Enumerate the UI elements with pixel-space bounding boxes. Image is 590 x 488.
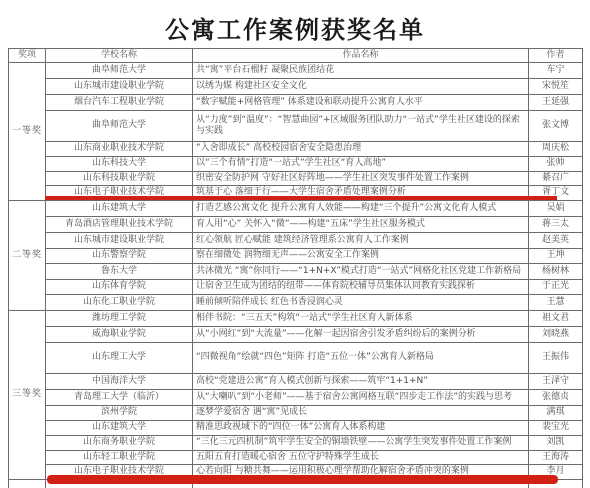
award-table: 奖项 学校名称 作品名称 作者 一等奖曲阜师范大学共“寓”平台石榴籽 凝聚民族团… <box>8 48 583 488</box>
author-cell: 满琪 <box>529 406 583 421</box>
work-title-cell: 高校“党建进公寓”育人模式创新与探索——筑牢“1+1+N” <box>193 374 529 390</box>
school-cell: 山东城市建设职业学院 <box>46 233 193 249</box>
author-cell: 王坤 <box>529 249 583 264</box>
table-row: 烟台汽车工程职业学院“数字赋能+网格管理” 体系建设和联动提升公寓育人水平王延强 <box>9 95 583 111</box>
award-group-cell: 二等奖 <box>9 201 46 311</box>
table-row: 青岛理工大学（临沂）从“大喇叭”到“小老师”——基于宿舍公寓网格互联“四步走工作… <box>9 390 583 406</box>
work-title-cell: 逐梦学爱宿舍 遇“寓”见成长 <box>193 406 529 421</box>
school-cell: 山东建筑大学 <box>46 201 193 217</box>
author-cell: 张文博 <box>529 111 583 142</box>
school-cell: 滨州学院 <box>46 406 193 421</box>
author-cell: 赵美英 <box>529 233 583 249</box>
table-row: 鲁东大学共沐微光 “寓”你同行——“1+N+X”模式打造“一站式”网格化社区党建… <box>9 264 583 280</box>
school-cell: 曲阜师范大学 <box>46 111 193 142</box>
work-title-cell: 相伴书院：“三五天”构筑“一站式”学生社区育人新体系 <box>193 311 529 327</box>
work-title-cell: 从“大喇叭”到“小老师”——基于宿舍公寓网格互联“四步走工作法”的实践与思考 <box>193 390 529 406</box>
school-cell: 山东建筑大学 <box>46 421 193 436</box>
award-group-cell: 一等奖 <box>9 63 46 201</box>
author-cell: 杨树林 <box>529 264 583 280</box>
work-title-cell: 从“小网红”到“大流量”——化解一起因宿舍引发矛盾纠纷后的案例分析 <box>193 327 529 343</box>
table-row: 山东警察学院察在细微处 润物细无声——公寓安全工作案例王坤 <box>9 249 583 264</box>
author-cell: 于正光 <box>529 280 583 295</box>
table-row: 山东理工大学“四微视角”绘就“四色”矩阵 打造“五位一体”公寓育人新格局王振伟 <box>9 343 583 374</box>
school-cell: 山东警察学院 <box>46 249 193 264</box>
work-title-cell: 让宿舍卫生成为团结的纽带——体育院校辅导员集体认同教育实践探析 <box>193 280 529 295</box>
school-cell: 青岛酒店管理职业技术学院 <box>46 217 193 233</box>
work-title-cell: 共沐微光 “寓”你同行——“1+N+X”模式打造“一站式”网格化社区党建工作新格… <box>193 264 529 280</box>
author-cell: 刘凯 <box>529 436 583 451</box>
table-row: 滨州学院逐梦学爱宿舍 遇“寓”见成长满琪 <box>9 406 583 421</box>
page-title: 公寓工作案例获奖名单 <box>0 0 590 45</box>
school-cell: 山东科技职业学院 <box>46 172 193 186</box>
table-row: 二等奖山东建筑大学打造艺感公寓文化 提升公寓育人效能——构建“三个提升”公寓文化… <box>9 201 583 217</box>
red-underline-bottom-marker <box>47 475 558 484</box>
document-page: 公寓工作案例获奖名单 奖项 学校名称 作品名称 作者 一等奖曲阜师范大学共“寓”… <box>0 0 590 488</box>
author-cell: 王海涛 <box>529 451 583 465</box>
work-title-cell: “入舍即成长” 高校校园宿舍安全隐患治理 <box>193 142 529 157</box>
work-title-cell: 育人用“心” 关怀入“微”——构建“五床”学生社区服务模式 <box>193 217 529 233</box>
table-row: 山东商业职业技术学院“入舍即成长” 高校校园宿舍安全隐患治理周庆松 <box>9 142 583 157</box>
school-cell: 山东化工职业学院 <box>46 295 193 311</box>
table-row: 山东城市建设职业学院红心领航 匠心赋能 建筑经济管理系公寓育人工作案例赵美英 <box>9 233 583 249</box>
work-title-cell: 精准思政视域下的“四位一体”公寓育人体系构建 <box>193 421 529 436</box>
table-row: 曲阜师范大学从“力度”到“温度”：“智慧曲园”+区域服务团队助力“一站式”学生社… <box>9 111 583 142</box>
school-cell: 山东商业职业技术学院 <box>46 142 193 157</box>
work-title-cell: 从“力度”到“温度”：“智慧曲园”+区域服务团队助力“一站式”学生社区建设的探索… <box>193 111 529 142</box>
school-cell: 山东科技大学 <box>46 157 193 172</box>
work-title-cell: “数字赋能+网格管理” 体系建设和联动提升公寓育人水平 <box>193 95 529 111</box>
empty-cell <box>9 480 46 488</box>
work-title-cell: 打造艺感公寓文化 提升公寓育人效能——构建“三个提升”公寓文化育人模式 <box>193 201 529 217</box>
table-row: 山东轻工职业学院五阳五育打造暖心宿舍 五位守护特殊学生成长王海涛 <box>9 451 583 465</box>
award-group-cell: 三等奖 <box>9 311 46 480</box>
work-title-cell: 共“寓”平台石榴籽 凝聚民族团结花 <box>193 63 529 79</box>
author-cell: 车宁 <box>529 63 583 79</box>
school-cell: 山东商务职业学院 <box>46 436 193 451</box>
table-row: 威海职业学院从“小网红”到“大流量”——化解一起因宿舍引发矛盾纠纷后的案例分析刘… <box>9 327 583 343</box>
school-cell: 青岛理工大学（临沂） <box>46 390 193 406</box>
author-cell: 张德贞 <box>529 390 583 406</box>
author-cell: 吴娟 <box>529 201 583 217</box>
table-row: 山东化工职业学院睡前倾听陪伴成长 红色书香浸润心灵王慧 <box>9 295 583 311</box>
school-cell: 山东体育学院 <box>46 280 193 295</box>
header-work: 作品名称 <box>193 49 529 63</box>
work-title-cell: 察在细微处 润物细无声——公寓安全工作案例 <box>193 249 529 264</box>
table-row: 山东科技大学以“三个有情”打造“一站式”学生社区“育人高地”张帅 <box>9 157 583 172</box>
header-award: 奖项 <box>9 49 46 63</box>
school-cell: 曲阜师范大学 <box>46 63 193 79</box>
work-title-cell: “三化三元四机制”筑牢学生安全的铜墙铁壁——公寓学生突发事件处置工作案例 <box>193 436 529 451</box>
work-title-cell: 以绣为媒 构建社区安全文化 <box>193 79 529 95</box>
school-cell: 威海职业学院 <box>46 327 193 343</box>
school-cell: 烟台汽车工程职业学院 <box>46 95 193 111</box>
author-cell: 綦召广 <box>529 172 583 186</box>
table-row: 一等奖曲阜师范大学共“寓”平台石榴籽 凝聚民族团结花车宁 <box>9 63 583 79</box>
table-row: 山东商务职业学院“三化三元四机制”筑牢学生安全的铜墙铁壁——公寓学生突发事件处置… <box>9 436 583 451</box>
school-cell: 鲁东大学 <box>46 264 193 280</box>
author-cell: 王振伟 <box>529 343 583 374</box>
work-title-cell: 以“三个有情”打造“一站式”学生社区“育人高地” <box>193 157 529 172</box>
table-row: 山东科技职业学院织密安全防护网 守好社区好阵地——学生社区突发事件处置工作案例綦… <box>9 172 583 186</box>
work-title-cell: 五阳五育打造暖心宿舍 五位守护特殊学生成长 <box>193 451 529 465</box>
school-cell: 山东城市建设职业学院 <box>46 79 193 95</box>
header-row: 奖项 学校名称 作品名称 作者 <box>9 49 583 63</box>
header-author: 作者 <box>529 49 583 63</box>
author-cell: 周庆松 <box>529 142 583 157</box>
table-row: 青岛酒店管理职业技术学院育人用“心” 关怀入“微”——构建“五床”学生社区服务模… <box>9 217 583 233</box>
header-school: 学校名称 <box>46 49 193 63</box>
table-row: 中国海洋大学高校“党建进公寓”育人模式创新与探索——筑牢“1+1+N”王泽守 <box>9 374 583 390</box>
table-row: 山东城市建设职业学院以绣为媒 构建社区安全文化宋悦笙 <box>9 79 583 95</box>
table-row: 山东建筑大学精准思政视域下的“四位一体”公寓育人体系构建裴宝光 <box>9 421 583 436</box>
work-title-cell: 织密安全防护网 守好社区好阵地——学生社区突发事件处置工作案例 <box>193 172 529 186</box>
author-cell: 王慧 <box>529 295 583 311</box>
school-cell: 潍坊理工学院 <box>46 311 193 327</box>
author-cell: 宋悦笙 <box>529 79 583 95</box>
table-row: 三等奖潍坊理工学院相伴书院：“三五天”构筑“一站式”学生社区育人新体系祖文君 <box>9 311 583 327</box>
red-underline-first-prize-marker <box>45 196 557 200</box>
table-row: 山东体育学院让宿舍卫生成为团结的纽带——体育院校辅导员集体认同教育实践探析于正光 <box>9 280 583 295</box>
author-cell: 王延强 <box>529 95 583 111</box>
school-cell: 山东轻工职业学院 <box>46 451 193 465</box>
author-cell: 祖文君 <box>529 311 583 327</box>
author-cell: 张帅 <box>529 157 583 172</box>
school-cell: 中国海洋大学 <box>46 374 193 390</box>
author-cell: 王泽守 <box>529 374 583 390</box>
school-cell: 山东理工大学 <box>46 343 193 374</box>
work-title-cell: 睡前倾听陪伴成长 红色书香浸润心灵 <box>193 295 529 311</box>
work-title-cell: “四微视角”绘就“四色”矩阵 打造“五位一体”公寓育人新格局 <box>193 343 529 374</box>
author-cell: 裴宝光 <box>529 421 583 436</box>
work-title-cell: 红心领航 匠心赋能 建筑经济管理系公寓育人工作案例 <box>193 233 529 249</box>
author-cell: 刘晓燕 <box>529 327 583 343</box>
author-cell: 蒋三太 <box>529 217 583 233</box>
